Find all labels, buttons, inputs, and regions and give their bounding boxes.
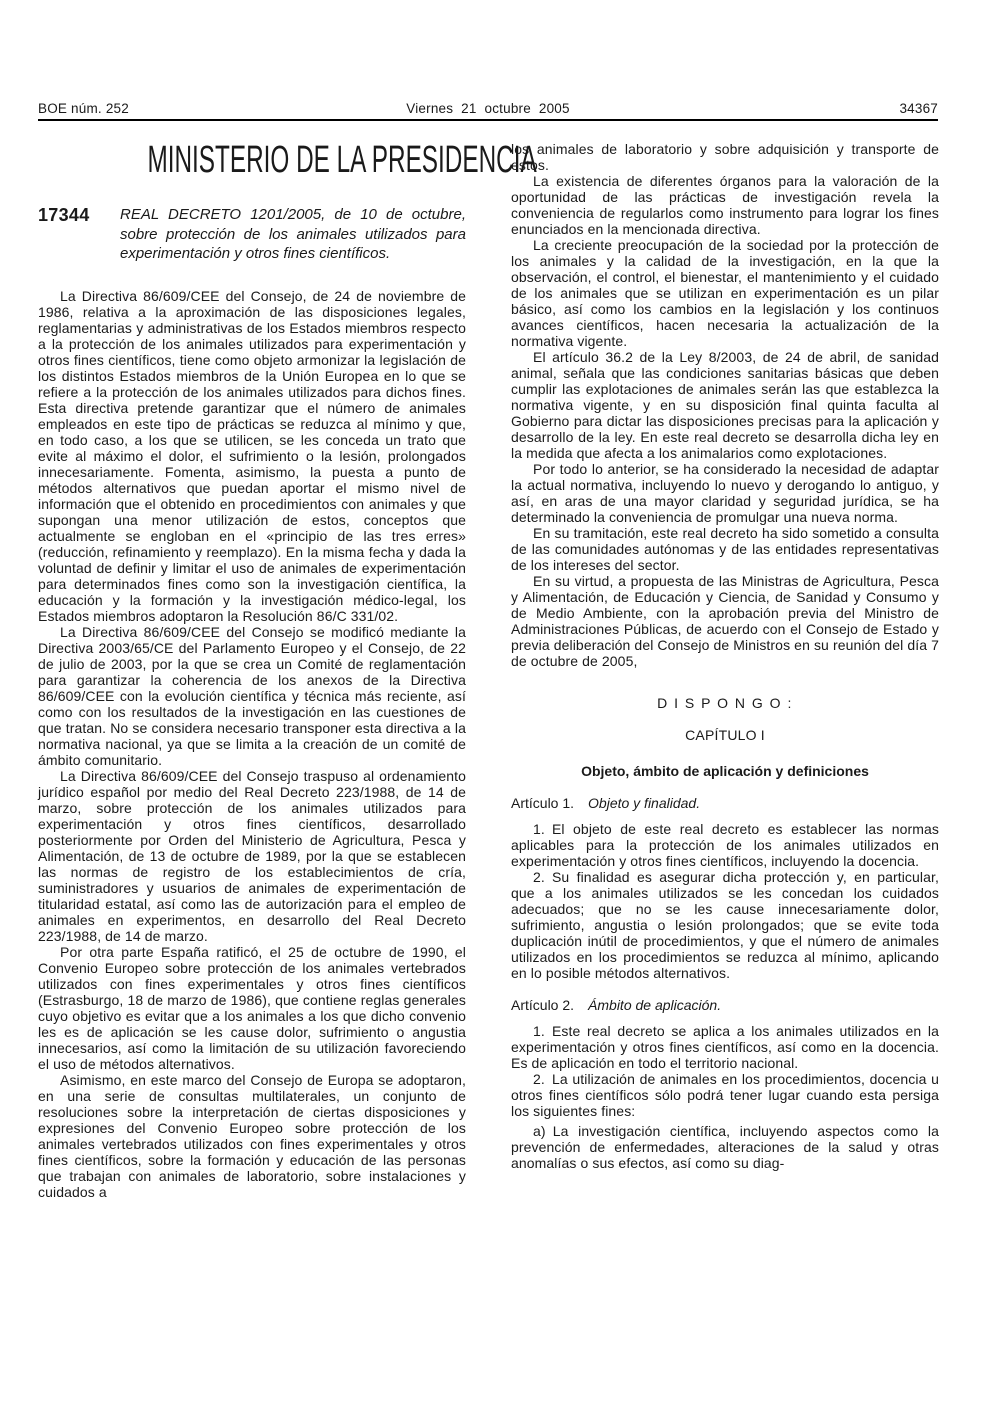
paragraph: Por otra parte España ratificó, el 25 de… [38, 944, 466, 1072]
boe-gazette-page: BOE núm. 252 Viernes 21 octubre 2005 343… [0, 0, 1000, 1413]
right-column: los animales de laboratorio y sobre adqu… [511, 141, 939, 1171]
page-number: 34367 [570, 101, 938, 116]
paragraph: 1. Este real decreto se aplica a los ani… [511, 1023, 939, 1071]
paragraph: La Directiva 86/609/CEE del Consejo, de … [38, 288, 466, 624]
header-rule [38, 119, 938, 121]
paragraph: a) La investigación científica, incluyen… [511, 1123, 939, 1171]
article-1-heading: Artículo 1.Objeto y finalidad. [511, 795, 939, 811]
paragraph: La creciente preocupación de la sociedad… [511, 237, 939, 349]
article-2-label: Artículo 2. [511, 997, 574, 1013]
dispongo-heading: D I S P O N G O : [511, 695, 939, 711]
paragraph: En su virtud, a propuesta de las Ministr… [511, 573, 939, 669]
paragraph: En su tramitación, este real decreto ha … [511, 525, 939, 573]
paragraph: La Directiva 86/609/CEE del Consejo tras… [38, 768, 466, 944]
article-2-title: Ámbito de aplicación. [588, 997, 721, 1013]
chapter-heading: CAPÍTULO I [511, 727, 939, 743]
paragraph: La existencia de diferentes órganos para… [511, 173, 939, 237]
article-1-title: Objeto y finalidad. [588, 795, 700, 811]
chapter-subtitle: Objeto, ámbito de aplicación y definicio… [511, 763, 939, 779]
paragraph: 2. La utilización de animales en los pro… [511, 1071, 939, 1119]
decree-headline: 17344 REAL DECRETO 1201/2005, de 10 de o… [38, 205, 466, 264]
paragraph: El artículo 36.2 de la Ley 8/2003, de 24… [511, 349, 939, 461]
running-head: BOE núm. 252 Viernes 21 octubre 2005 343… [38, 101, 938, 116]
issue-date: Viernes 21 octubre 2005 [406, 101, 569, 116]
boe-issue-number: BOE núm. 252 [38, 101, 406, 116]
article-1-label: Artículo 1. [511, 795, 574, 811]
item-number: 17344 [38, 205, 120, 226]
paragraph: 1. El objeto de este real decreto es est… [511, 821, 939, 869]
article-2-heading: Artículo 2.Ámbito de aplicación. [511, 997, 939, 1013]
paragraph: Asimismo, en este marco del Consejo de E… [38, 1072, 466, 1200]
paragraph: La Directiva 86/609/CEE del Consejo se m… [38, 624, 466, 768]
decree-title: REAL DECRETO 1201/2005, de 10 de octubre… [120, 205, 466, 264]
paragraph: Por todo lo anterior, se ha considerado … [511, 461, 939, 525]
paragraph: 2. Su finalidad es asegurar dicha protec… [511, 869, 939, 981]
ministry-title: MINISTERIO DE LA PRESIDENCIA [38, 140, 466, 180]
left-column: MINISTERIO DE LA PRESIDENCIA 17344 REAL … [38, 140, 466, 1200]
paragraph: los animales de laboratorio y sobre adqu… [511, 141, 939, 173]
